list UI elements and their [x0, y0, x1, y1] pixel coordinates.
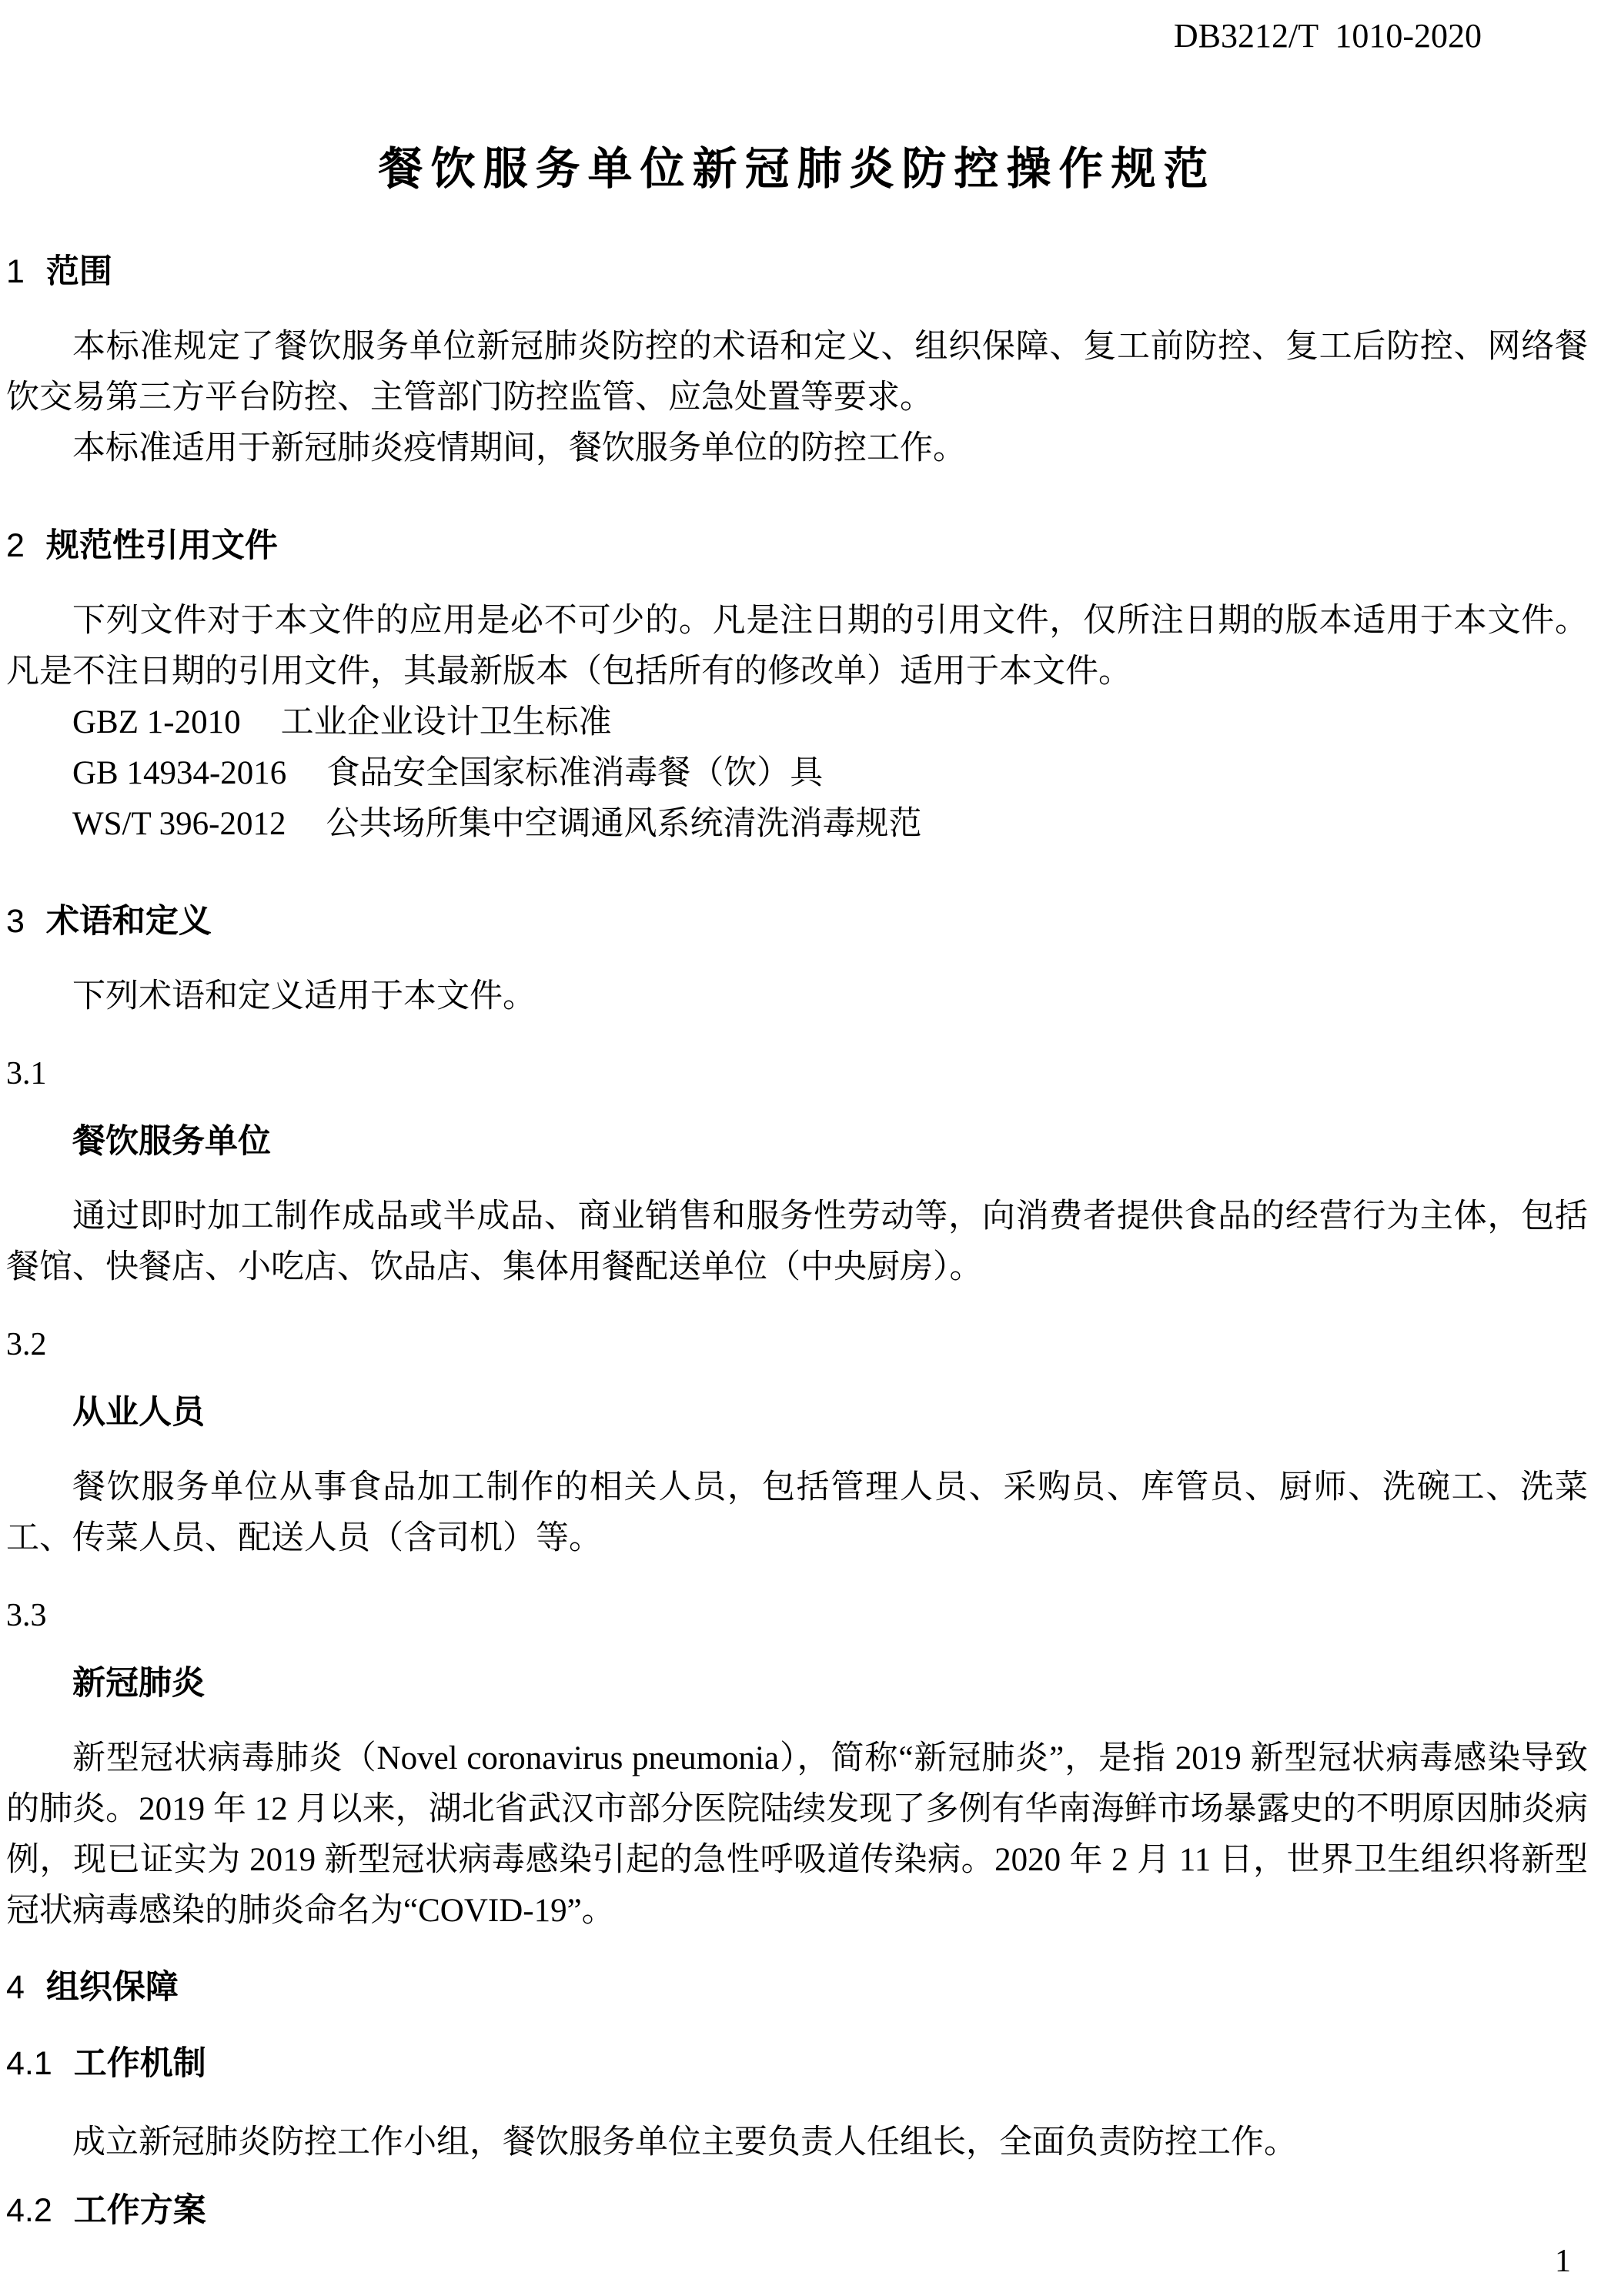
reference-name: 工业企业设计卫生标准 — [281, 704, 612, 740]
term-3-1-number: 3.1 — [6, 1048, 1588, 1099]
clause-2-number: 2 — [6, 527, 25, 564]
document-title: 餐饮服务单位新冠肺炎防控操作规范 — [6, 139, 1588, 200]
reference-item-1: GBZ 1-2010工业企业设计卫生标准 — [6, 697, 1588, 748]
reference-code: GBZ 1-2010 — [72, 704, 241, 740]
clause-3-number: 3 — [6, 903, 25, 940]
reference-name: 食品安全国家标准消毒餐（饮）具 — [326, 755, 823, 791]
clause-3-title: 术语和定义 — [46, 903, 212, 940]
term-3-2-name: 从业人员 — [6, 1387, 1588, 1438]
term-3-2-number: 3.2 — [6, 1319, 1588, 1370]
clause-4-heading: 4组织保障 — [6, 1962, 1588, 2013]
clause-4-2-heading: 4.2工作方案 — [6, 2185, 1588, 2236]
clause-1-heading: 1范围 — [6, 246, 1588, 297]
standard-document-page: DB3212/T 1010-2020 餐饮服务单位新冠肺炎防控操作规范 1范围 … — [0, 0, 1611, 2296]
document-number: DB3212/T 1010-2020 — [6, 11, 1588, 62]
clause-2-title: 规范性引用文件 — [46, 527, 278, 564]
term-3-2-definition: 餐饮服务单位从事食品加工制作的相关人员，包括管理人员、采购员、库管员、厨师、洗碗… — [6, 1462, 1588, 1564]
terms-intro-paragraph: 下列术语和定义适用于本文件。 — [6, 971, 1588, 1022]
clause-4-title: 组织保障 — [46, 1969, 179, 2006]
clause-4-2-number: 4.2 — [6, 2192, 52, 2229]
page-number: 1 — [1555, 2244, 1571, 2279]
scope-paragraph-2: 本标准适用于新冠肺炎疫情期间，餐饮服务单位的防控工作。 — [6, 423, 1588, 474]
term-3-1-name: 餐饮服务单位 — [6, 1116, 1588, 1167]
reference-name: 公共场所集中空调通风系统清洗消毒规范 — [326, 806, 922, 842]
term-3-3-name: 新冠肺炎 — [6, 1658, 1588, 1709]
reference-code: WS/T 396-2012 — [72, 806, 286, 842]
reference-item-3: WS/T 396-2012公共场所集中空调通风系统清洗消毒规范 — [6, 799, 1588, 850]
clause-4-number: 4 — [6, 1969, 25, 2006]
clause-4-1-title: 工作机制 — [74, 2045, 206, 2082]
clause-3-heading: 3术语和定义 — [6, 896, 1588, 947]
scope-paragraph-1: 本标准规定了餐饮服务单位新冠肺炎防控的术语和定义、组织保障、复工前防控、复工后防… — [6, 322, 1588, 423]
clause-4-1-paragraph: 成立新冠肺炎防控工作小组，餐饮服务单位主要负责人任组长，全面负责防控工作。 — [6, 2117, 1588, 2168]
reference-item-2: GB 14934-2016食品安全国家标准消毒餐（饮）具 — [6, 748, 1588, 799]
clause-4-2-title: 工作方案 — [74, 2192, 206, 2229]
clause-4-1-number: 4.1 — [6, 2045, 52, 2082]
clause-1-title: 范围 — [46, 253, 112, 290]
reference-code: GB 14934-2016 — [72, 755, 286, 791]
clause-2-heading: 2规范性引用文件 — [6, 520, 1588, 571]
term-3-3-number: 3.3 — [6, 1590, 1588, 1641]
normative-references-paragraph: 下列文件对于本文件的应用是必不可少的。凡是注日期的引用文件，仅所注日期的版本适用… — [6, 596, 1588, 697]
clause-4-1-heading: 4.1工作机制 — [6, 2038, 1588, 2089]
term-3-1-definition: 通过即时加工制作成品或半成品、商业销售和服务性劳动等，向消费者提供食品的经营行为… — [6, 1191, 1588, 1293]
term-3-3-definition: 新型冠状病毒肺炎（Novel coronavirus pneumonia），简称… — [6, 1733, 1588, 1937]
clause-1-number: 1 — [6, 253, 25, 290]
